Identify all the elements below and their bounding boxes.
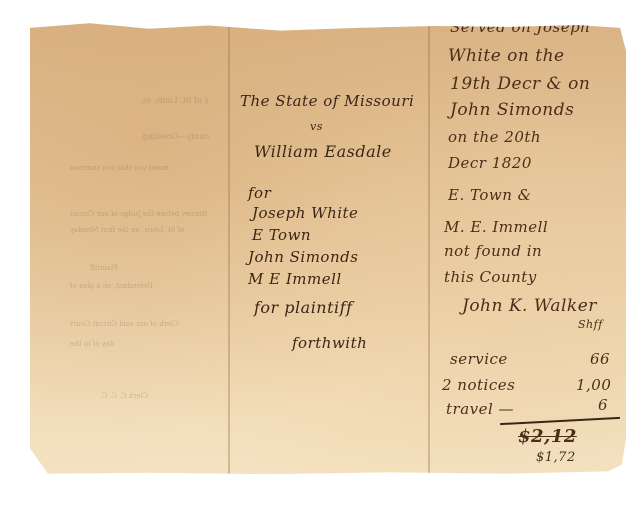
document-paper: y of St. Louis, ss. ounty—Greeting. mand… bbox=[30, 14, 626, 476]
return-line: not found in bbox=[444, 242, 542, 260]
sheriff-signature: John K. Walker bbox=[462, 296, 597, 316]
return-line: 19th Decr & on bbox=[450, 74, 590, 94]
printed-bleed-line: Clerk C. C. C. bbox=[100, 392, 148, 400]
printed-bleed-line: mand you that you summon bbox=[70, 164, 168, 172]
versus-label: vs bbox=[310, 120, 323, 133]
printed-bleed-line: Plaintiff bbox=[90, 264, 118, 272]
forthwith-label: forthwith bbox=[292, 334, 367, 352]
return-line: this County bbox=[444, 268, 537, 286]
printed-bleed-line: y of St. Louis, ss. bbox=[140, 96, 209, 105]
return-line: M. E. Immell bbox=[444, 218, 548, 236]
defendant-name: William Easdale bbox=[254, 142, 392, 161]
fee-total: $1,72 bbox=[536, 450, 576, 465]
return-line: Decr 1820 bbox=[448, 154, 532, 172]
sheriff-title: Shff bbox=[578, 318, 603, 331]
return-line: John Simonds bbox=[450, 100, 574, 120]
case-title: The State of Missouri bbox=[240, 92, 414, 110]
fold-line bbox=[228, 14, 230, 476]
printed-bleed-line: ttorney before the Judge of our Circuit bbox=[70, 210, 207, 218]
fee-amount: 1,00 bbox=[576, 376, 611, 394]
for-label: for bbox=[248, 184, 271, 202]
struck-total: $2,12 bbox=[518, 426, 577, 447]
witness-name: M E Immell bbox=[248, 270, 342, 288]
fee-amount: 6 bbox=[598, 396, 608, 414]
return-line: Served on Joseph bbox=[450, 18, 590, 36]
fee-item: 2 notices bbox=[442, 376, 515, 394]
printed-bleed-line: of St. Louis, on the first Monday bbox=[70, 226, 185, 234]
printed-bleed-line: Clerk of our said Circuit Court bbox=[70, 320, 178, 328]
printed-bleed-line: day of in the bbox=[70, 340, 114, 348]
witness-name: John Simonds bbox=[248, 248, 358, 266]
witness-name: E Town bbox=[252, 226, 311, 244]
fee-item: travel — bbox=[446, 400, 514, 418]
printed-bleed-line: ounty—Greeting. bbox=[140, 132, 209, 141]
return-line: on the 20th bbox=[448, 128, 541, 146]
return-line: White on the bbox=[448, 46, 565, 66]
return-line: E. Town & bbox=[448, 186, 531, 204]
witness-name: Joseph White bbox=[252, 204, 358, 222]
fee-item: service bbox=[450, 350, 508, 368]
fee-amount: 66 bbox=[590, 350, 610, 368]
total-rule bbox=[500, 417, 620, 425]
fold-line bbox=[428, 14, 430, 476]
for-plaintiff-label: for plaintiff bbox=[254, 298, 353, 317]
printed-bleed-line: Defendant, on a plea of bbox=[70, 282, 153, 290]
